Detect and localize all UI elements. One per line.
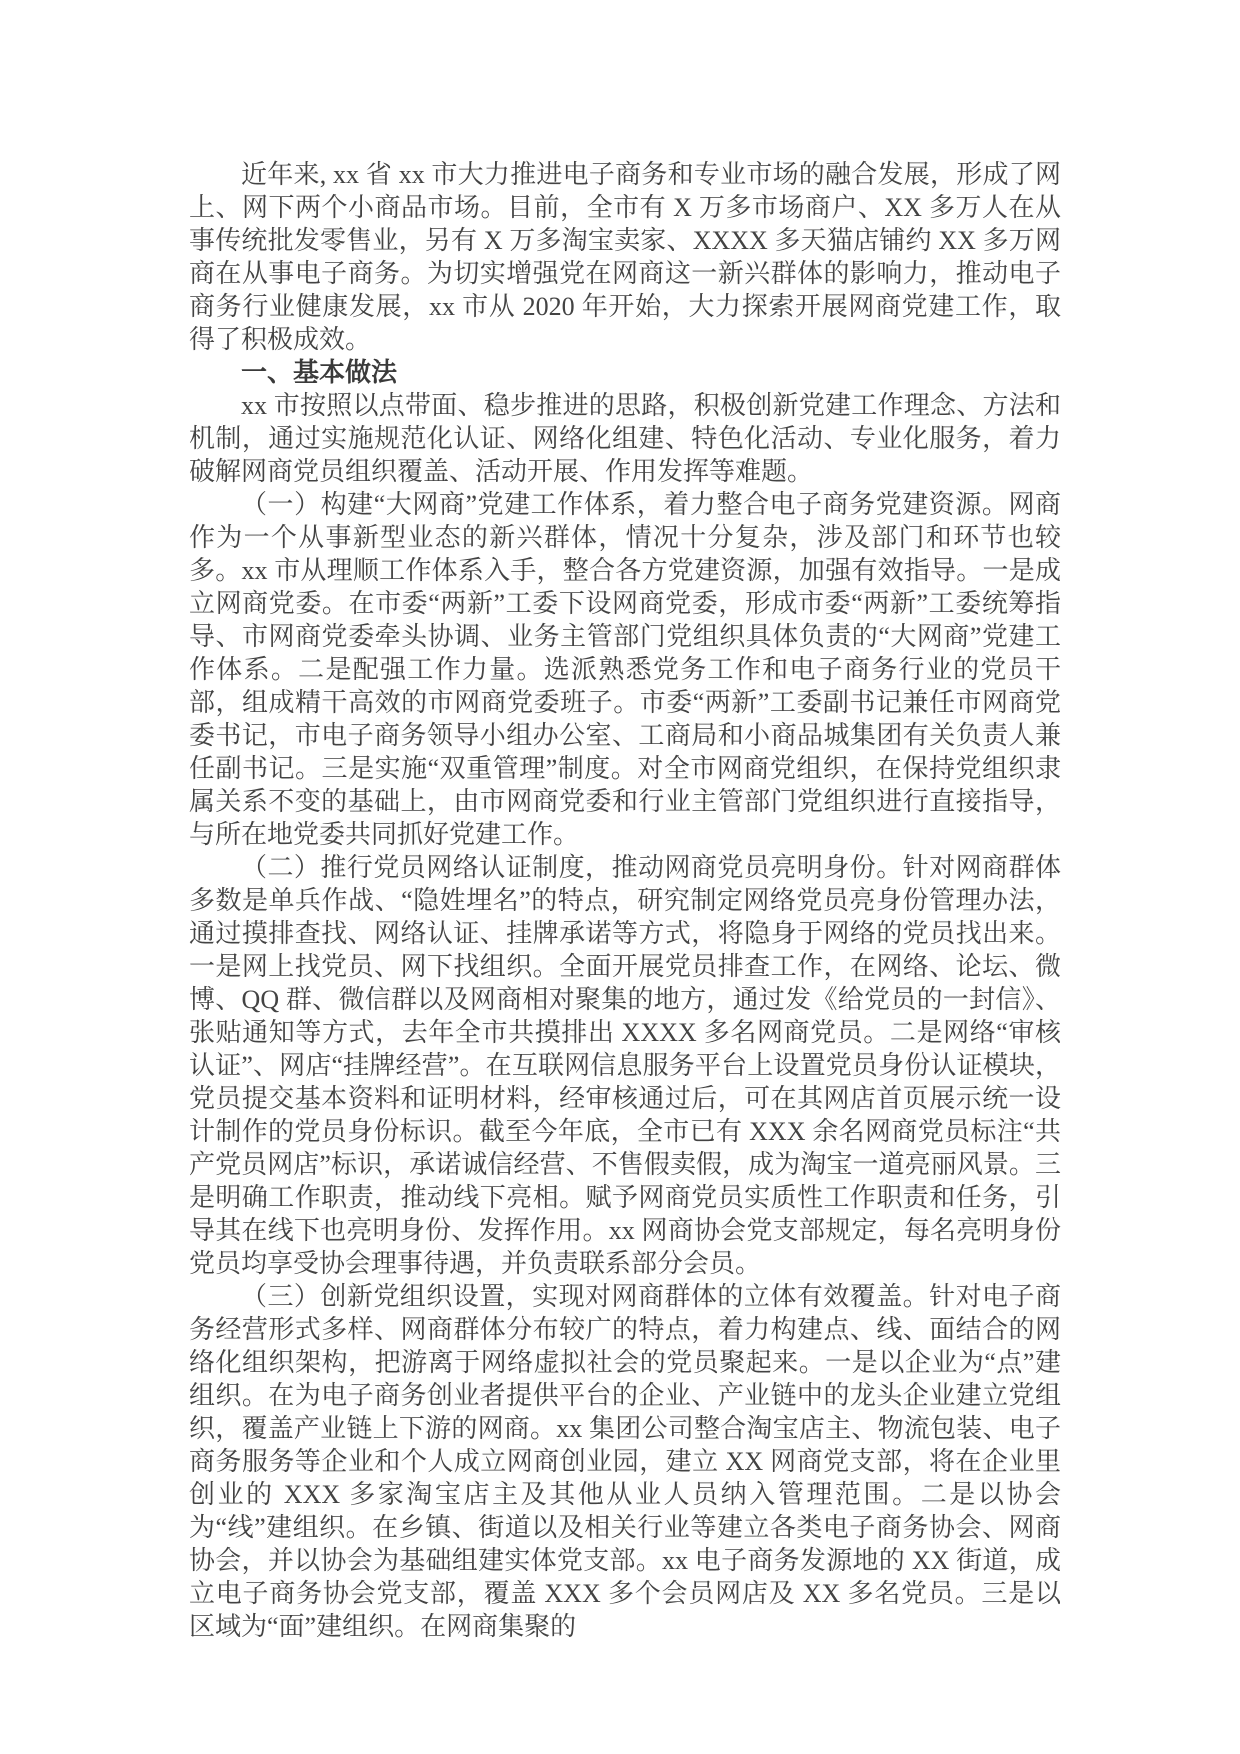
paragraph-overview: xx 市按照以点带面、稳步推进的思路，积极创新党建工作理念、方法和机制，通过实施… <box>189 389 1061 488</box>
paragraph-item-3: （三）创新党组织设置，实现对网商群体的立体有效覆盖。针对电子商务经营形式多样、网… <box>189 1280 1061 1643</box>
paragraph-item-1: （一）构建“大网商”党建工作体系，着力整合电子商务党建资源。网商作为一个从事新型… <box>189 488 1061 851</box>
document-page: 近年来, xx 省 xx 市大力推进电子商务和专业市场的融合发展，形成了网上、网… <box>0 0 1240 1754</box>
paragraph-intro: 近年来, xx 省 xx 市大力推进电子商务和专业市场的融合发展，形成了网上、网… <box>189 158 1061 356</box>
section-heading-basic-practices: 一、基本做法 <box>189 356 1061 389</box>
paragraph-item-2: （二）推行党员网络认证制度，推动网商党员亮明身份。针对网商群体多数是单兵作战、“… <box>189 851 1061 1280</box>
document-body: 近年来, xx 省 xx 市大力推进电子商务和专业市场的融合发展，形成了网上、网… <box>189 158 1061 1643</box>
